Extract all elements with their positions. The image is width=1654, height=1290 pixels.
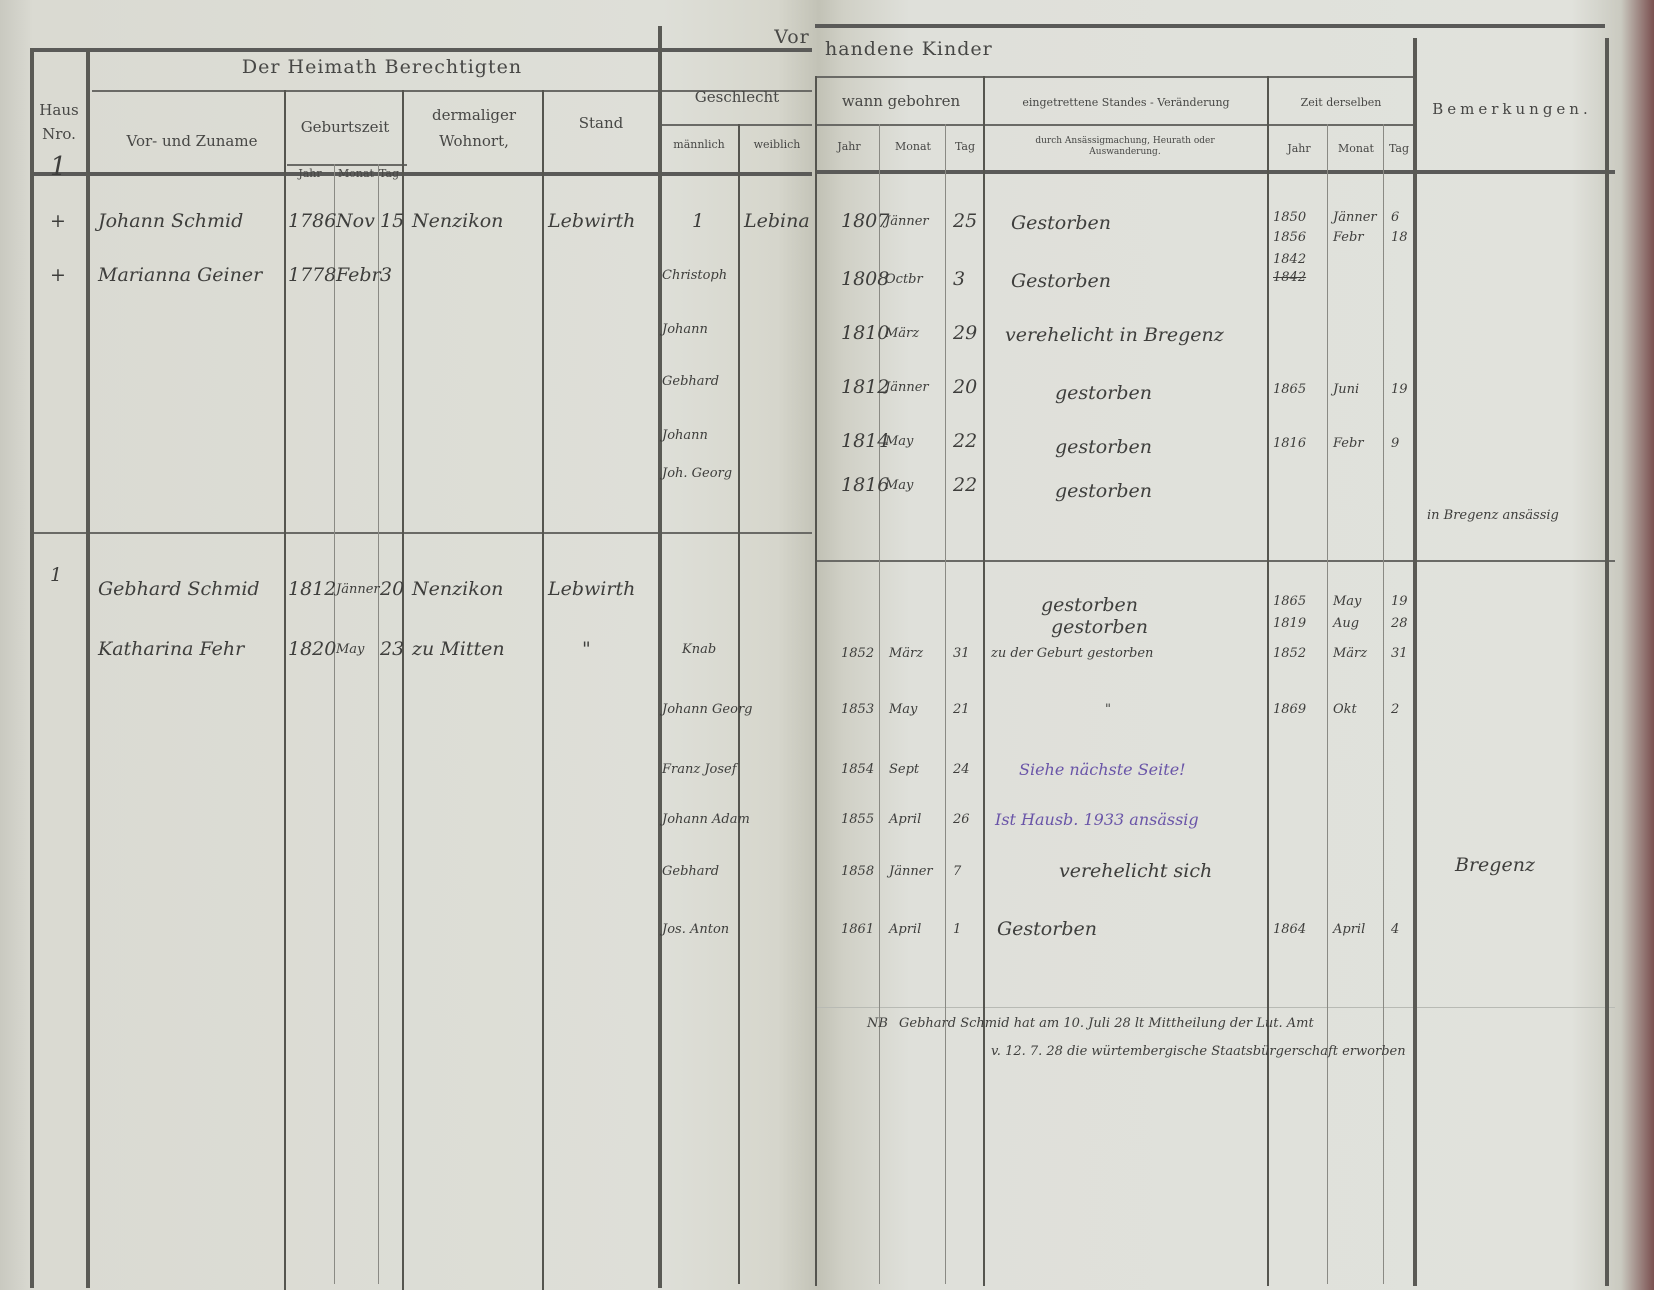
col-header-time-year: Jahr xyxy=(1271,142,1327,155)
child-birth-day: 29 xyxy=(953,322,977,344)
col-header-change-sub: durch Ansässigmachung, Heurath oder Ausw… xyxy=(1015,136,1235,158)
child-birth-year: 1810 xyxy=(841,322,889,344)
child-birth-year: 1808 xyxy=(841,268,889,290)
change-year: 1842 xyxy=(1273,252,1306,267)
note-line-2: v. 12. 7. 28 die würtembergische Staatsb… xyxy=(991,1044,1406,1059)
family-divider xyxy=(815,560,1615,562)
header-bottom-rule xyxy=(815,170,1615,174)
child-name: Joh. Georg xyxy=(662,466,732,481)
parent-residence: Nenzikon xyxy=(412,578,503,600)
col-header-born-day: Tag xyxy=(947,140,983,153)
change-month: Febr xyxy=(1333,230,1364,245)
child-birth-year: 1853 xyxy=(841,702,874,717)
child-name: Christoph xyxy=(662,268,727,283)
child-status-change: gestorben xyxy=(1055,382,1152,404)
change-day: 28 xyxy=(1391,616,1408,631)
parent-birth-month: Nov xyxy=(336,210,375,232)
family-divider xyxy=(32,532,812,534)
parent-name: Katharina Fehr xyxy=(98,638,244,660)
col-header-born-year: Jahr xyxy=(819,140,879,153)
change-year: 1865 xyxy=(1273,594,1306,609)
parent-residence: zu Mitten xyxy=(412,638,505,660)
child-birth-day: 20 xyxy=(953,376,977,398)
change-day: 19 xyxy=(1391,382,1408,397)
child-status-change: gestorben xyxy=(1051,616,1148,638)
deceased-mark: + xyxy=(50,264,66,286)
child-name: Gebhard xyxy=(662,374,719,389)
deceased-mark: + xyxy=(50,210,66,232)
col-header-status: Stand xyxy=(546,114,656,132)
parent-birth-month: May xyxy=(336,642,364,657)
child-status-change-violet: Ist Hausb. 1933 ansässig xyxy=(995,810,1199,829)
change-day: 18 xyxy=(1391,230,1408,245)
child-status-change: verehelicht in Bregenz xyxy=(1005,324,1224,346)
change-year: 1816 xyxy=(1273,436,1306,451)
birth-sub-rule xyxy=(287,164,407,166)
change-year-struck: 1842 xyxy=(1273,270,1306,285)
section-title-right: handene Kinder xyxy=(825,38,1005,60)
child-birth-day: 25 xyxy=(953,210,977,232)
col-rule-name xyxy=(284,90,286,1290)
change-year: 1864 xyxy=(1273,922,1306,937)
col-header-time-month: Monat xyxy=(1329,142,1383,155)
parent-sex-male: 1 xyxy=(692,210,704,232)
change-month: April xyxy=(1333,922,1365,937)
col-rule-time-year xyxy=(1327,124,1328,1284)
col-header-haus-nro: Haus Nro. xyxy=(34,98,84,146)
right-page: handene Kinder wann gebohren Jahr Monat … xyxy=(815,12,1615,1290)
document-scan: Der Heimath Berechtigten Vor Haus Nro. 1… xyxy=(0,0,1654,1290)
house-number: 1 xyxy=(50,152,67,182)
parent-birth-day: 23 xyxy=(380,638,404,660)
change-year: 1865 xyxy=(1273,382,1306,397)
col-rule-change xyxy=(1267,76,1269,1286)
child-birth-month: Octbr xyxy=(885,272,923,287)
change-month: März xyxy=(1333,646,1367,661)
change-month: May xyxy=(1333,594,1361,609)
parent-birth-year: 1786 xyxy=(288,210,336,232)
col-rule-born xyxy=(983,76,985,1286)
change-day: 9 xyxy=(1391,436,1399,451)
parent-birth-year: 1778 xyxy=(288,264,336,286)
col-rule-birth xyxy=(402,90,404,1290)
header-bottom-rule xyxy=(32,172,812,176)
col-rule-status xyxy=(658,26,662,1288)
change-day: 2 xyxy=(1391,702,1399,717)
child-name: Johann xyxy=(662,428,708,443)
child-birth-month: May xyxy=(889,702,917,717)
col-rule-remarks xyxy=(1413,38,1417,1286)
col-header-birth-month: Monat xyxy=(336,167,376,180)
remark: Bregenz xyxy=(1455,854,1535,876)
child-birth-month: März xyxy=(889,646,923,661)
parent-birth-day: 20 xyxy=(380,578,404,600)
col-header-time: Zeit derselben xyxy=(1271,96,1411,109)
parent-birth-month: Febr xyxy=(336,264,381,286)
child-birth-day: 1 xyxy=(953,922,961,937)
col-rule-year xyxy=(879,124,880,1284)
child-birth-year: 1814 xyxy=(841,430,889,452)
child-birth-year: 1807 xyxy=(841,210,889,232)
child-status-change-violet: Siehe nächste Seite! xyxy=(1019,760,1186,779)
header-rule-2 xyxy=(815,76,1415,78)
col-header-birth-year: Jahr xyxy=(290,167,330,180)
parent-birth-day: 15 xyxy=(380,210,404,232)
change-month: Jänner xyxy=(1333,210,1377,225)
header-top-rule xyxy=(32,48,812,52)
change-year: 1850 xyxy=(1273,210,1306,225)
child-birth-day: 21 xyxy=(953,702,970,717)
child-birth-month: May xyxy=(885,434,913,449)
note-line-1: Gebhard Schmid hat am 10. Juli 28 lt Mit… xyxy=(899,1016,1314,1031)
child-birth-month: Sept xyxy=(889,762,919,777)
parent-birth-year: 1820 xyxy=(288,638,336,660)
parent-status: Lebwirth xyxy=(548,578,635,600)
col-rule-month xyxy=(378,164,379,1284)
child-status-change: gestorben xyxy=(1041,594,1138,616)
child-birth-month: April xyxy=(889,812,921,827)
change-year: 1856 xyxy=(1273,230,1306,245)
child-birth-month: Jänner xyxy=(885,380,929,395)
child-birth-year: 1852 xyxy=(841,646,874,661)
change-month: Okt xyxy=(1333,702,1357,717)
left-border xyxy=(30,48,34,1288)
child-birth-day: 24 xyxy=(953,762,970,777)
parent-birth-month: Jänner xyxy=(336,582,380,597)
col-header-birth-day: Tag xyxy=(378,167,400,180)
col-header-male: männlich xyxy=(662,138,736,151)
child-name: Knab xyxy=(682,642,716,657)
left-page: Der Heimath Berechtigten Vor Haus Nro. 1… xyxy=(22,12,812,1290)
col-rule-year xyxy=(334,164,335,1284)
child-status-change: verehelicht sich xyxy=(1059,860,1212,882)
change-day: 31 xyxy=(1391,646,1408,661)
change-year: 1819 xyxy=(1273,616,1306,631)
change-year: 1869 xyxy=(1273,702,1306,717)
change-day: 4 xyxy=(1391,922,1399,937)
parent-birth-year: 1812 xyxy=(288,578,336,600)
col-rule-haus xyxy=(86,48,90,1288)
parent-birth-day: 3 xyxy=(380,264,392,286)
child-birth-month: März xyxy=(885,326,919,341)
note-prefix: NB xyxy=(867,1016,888,1031)
col-header-female: weiblich xyxy=(742,138,812,151)
child-birth-year: 1816 xyxy=(841,474,889,496)
child-birth-month: April xyxy=(889,922,921,937)
section-title-split: Vor xyxy=(767,26,817,48)
child-birth-year: 1854 xyxy=(841,762,874,777)
parent-sex-female: Lebina xyxy=(744,210,810,232)
change-day: 19 xyxy=(1391,594,1408,609)
col-header-time-day: Tag xyxy=(1385,142,1413,155)
child-birth-day: 7 xyxy=(953,864,961,879)
col-header-born-month: Monat xyxy=(881,140,945,153)
child-birth-month: Jänner xyxy=(889,864,933,879)
change-month: Aug xyxy=(1333,616,1359,631)
col-header-name: Vor- und Zuname xyxy=(102,132,282,150)
parent-status: " xyxy=(582,638,591,660)
child-status-change: gestorben xyxy=(1055,480,1152,502)
child-status-change: Gestorben xyxy=(997,918,1097,940)
child-birth-year: 1858 xyxy=(841,864,874,879)
child-birth-year: 1812 xyxy=(841,376,889,398)
col-header-born: wann gebohren xyxy=(819,92,983,110)
col-header-residence: dermaliger Wohnort, xyxy=(414,102,534,154)
change-day: 6 xyxy=(1391,210,1399,225)
child-birth-day: 3 xyxy=(953,268,965,290)
col-rule-time-month xyxy=(1383,124,1384,1284)
col-rule-left xyxy=(815,76,817,1286)
col-header-sex: Geschlecht xyxy=(662,88,812,106)
child-name: Johann Adam xyxy=(662,812,750,827)
parent-status: Lebwirth xyxy=(548,210,635,232)
child-name: Franz Josef xyxy=(662,762,737,777)
child-birth-day: 22 xyxy=(953,474,977,496)
child-birth-day: 26 xyxy=(953,812,970,827)
child-birth-month: Jänner xyxy=(885,214,929,229)
parent-name: Gebhard Schmid xyxy=(98,578,260,600)
sex-sub-rule xyxy=(662,124,812,126)
col-rule-residence xyxy=(542,90,544,1290)
child-name: Gebhard xyxy=(662,864,719,879)
change-month: Febr xyxy=(1333,436,1364,451)
parent-name: Marianna Geiner xyxy=(98,264,262,286)
child-name: Jos. Anton xyxy=(662,922,729,937)
child-name: Johann xyxy=(662,322,708,337)
child-name: Johann Georg xyxy=(662,702,752,717)
child-birth-year: 1855 xyxy=(841,812,874,827)
section-title-left: Der Heimath Berechtigten xyxy=(222,56,542,78)
child-status-change: zu der Geburt gestorben xyxy=(991,646,1153,661)
child-birth-day: 22 xyxy=(953,430,977,452)
child-status-change: Gestorben xyxy=(1011,270,1111,292)
ruled-line xyxy=(815,1007,1615,1008)
house-number-entry: 1 xyxy=(50,564,62,586)
change-month: Juni xyxy=(1333,382,1359,397)
change-year: 1852 xyxy=(1273,646,1306,661)
child-status-change: gestorben xyxy=(1055,436,1152,458)
right-border xyxy=(1605,38,1609,1286)
parent-name: Johann Schmid xyxy=(98,210,243,232)
child-birth-day: 31 xyxy=(953,646,970,661)
col-header-remarks: Bemerkungen. xyxy=(1419,100,1605,118)
child-birth-month: May xyxy=(885,478,913,493)
col-rule-month xyxy=(945,124,946,1284)
header-rule-3 xyxy=(815,124,1415,126)
child-birth-year: 1861 xyxy=(841,922,874,937)
remark: in Bregenz ansässig xyxy=(1427,508,1559,523)
header-top-rule xyxy=(815,24,1605,28)
child-status-change: Gestorben xyxy=(1011,212,1111,234)
col-header-birth: Geburtszeit xyxy=(290,118,400,136)
parent-residence: Nenzikon xyxy=(412,210,503,232)
child-status-change: " xyxy=(1105,702,1111,717)
col-header-change: eingetrettene Standes - Veränderung xyxy=(987,96,1265,109)
